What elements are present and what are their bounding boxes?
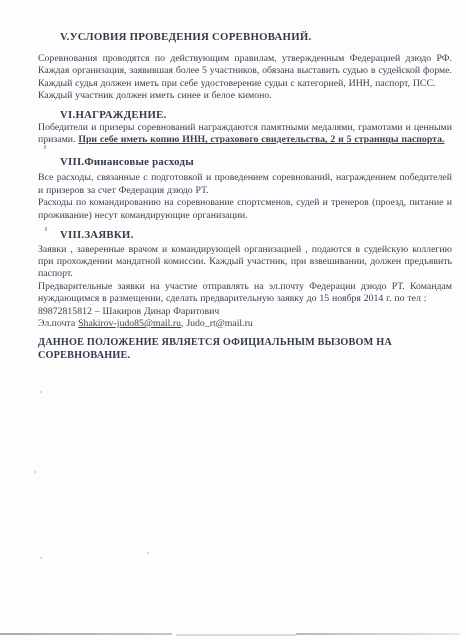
- paragraph-finance-federation: Все расходы, связанные с подготовкой и п…: [38, 172, 452, 197]
- scan-edge-artifact: [176, 634, 296, 636]
- awards-required-documents-emphasis: При себе иметь копию ИНН, страхового сви…: [78, 134, 444, 145]
- paragraph-conditions-rules: Соревнования проводятся по действующим п…: [38, 53, 452, 90]
- paragraph-applications-preliminary: Предварительные заявки на участие отправ…: [38, 281, 452, 306]
- paragraph-applications-submission: Заявки , заверенные врачом и командирующ…: [38, 244, 452, 281]
- section-heading-applications: VIII.ЗАЯВКИ.: [60, 229, 452, 242]
- contact-phone-line: 89872815812 – Шакиров Динар Фаритович: [38, 306, 452, 318]
- scan-noise-speck: [40, 557, 42, 559]
- section-heading-conditions: V.УСЛОВИЯ ПРОВЕДЕНИЯ СОРЕВНОВАНИЙ.: [60, 31, 452, 44]
- paragraph-finance-travel: Расходы по командированию на соревновани…: [38, 197, 452, 222]
- scanned-document-page: V.УСЛОВИЯ ПРОВЕДЕНИЯ СОРЕВНОВАНИЙ. Сорев…: [0, 0, 466, 640]
- contact-email-line: Эл.почта Shakirov-judo85@mail.ru, Judo_r…: [38, 318, 452, 330]
- scan-edge-artifact: [0, 633, 172, 635]
- paragraph-awards: Победители и призеры соревнований награж…: [38, 122, 452, 147]
- email-secondary: Judo_rt@mail.ru: [186, 318, 252, 329]
- official-invitation-statement: ДАННОЕ ПОЛОЖЕНИЕ ЯВЛЯЕТСЯ ОФИЦИАЛЬНЫМ ВЫ…: [38, 336, 452, 362]
- section-heading-finance: VIII.Финансовые расходы: [60, 156, 452, 169]
- section-heading-awards: VI.НАГРАЖДЕНИЕ.: [60, 109, 452, 122]
- scan-noise-speck: [147, 552, 149, 554]
- scan-edge-artifact: [296, 633, 460, 635]
- scan-noise-speck: [40, 391, 42, 393]
- email-primary: Shakirov-judo85@mail.ru: [78, 318, 181, 329]
- email-label: Эл.почта: [38, 318, 78, 329]
- document-content: V.УСЛОВИЯ ПРОВЕДЕНИЯ СОРЕВНОВАНИЙ. Сорев…: [38, 31, 452, 362]
- scan-noise-speck: [34, 471, 36, 473]
- paragraph-conditions-kimono: Каждый участник должен иметь синее и бел…: [38, 90, 452, 102]
